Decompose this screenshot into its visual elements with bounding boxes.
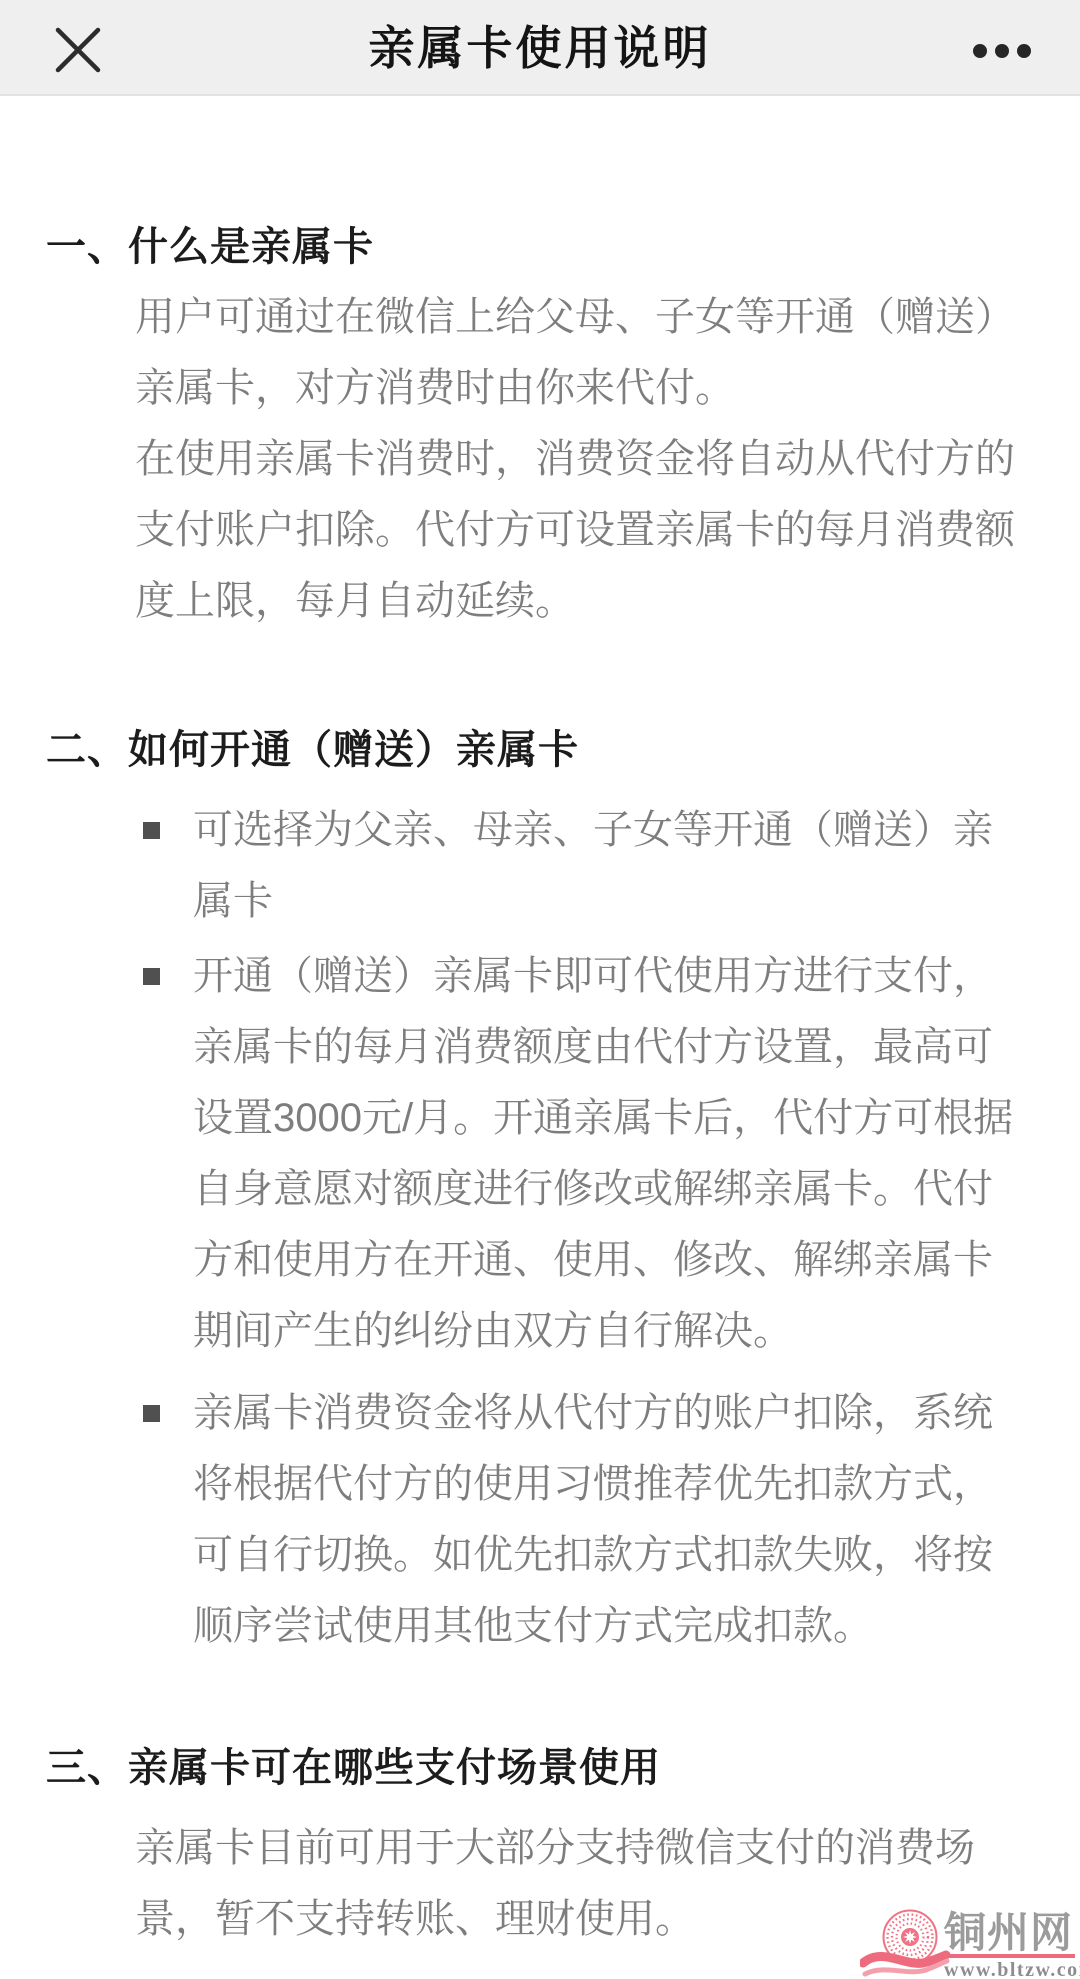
- square-bullet-icon: [143, 822, 160, 839]
- list-item: 开通（赠送）亲属卡即可代使用方进行支付， 亲属卡的每月消费额度由代付方设置，最高…: [46, 941, 1050, 1367]
- square-bullet-icon: [143, 968, 160, 985]
- list-item: 可选择为父亲、母亲、子女等开通（赠送）亲 属卡: [46, 795, 1050, 937]
- section-payment-scenarios: 三、亲属卡可在哪些支付场景使用 亲属卡目前可用于大部分支持微信支付的消费场 景，…: [46, 1743, 1050, 1955]
- page-title: 亲属卡使用说明: [0, 0, 1080, 96]
- document-content: 一、什么是亲属卡 用户可通过在微信上给父母、子女等开通（赠送） 亲属卡，对方消费…: [0, 222, 1080, 1955]
- more-menu-button[interactable]: [962, 24, 1042, 78]
- section-how-to-activate: 二、如何开通（赠送）亲属卡 可选择为父亲、母亲、子女等开通（赠送）亲 属卡 开通…: [46, 725, 1050, 1662]
- ellipsis-icon: [1017, 44, 1031, 58]
- site-url: www.bltzw.com: [944, 1959, 1080, 1979]
- list-item-text: 开通（赠送）亲属卡即可代使用方进行支付， 亲属卡的每月消费额度由代付方设置，最高…: [193, 941, 1050, 1367]
- list-item-text: 亲属卡消费资金将从代付方的账户扣除，系统 将根据代付方的使用习惯推荐优先扣款方式…: [193, 1378, 1050, 1662]
- section-what-is-family-card: 一、什么是亲属卡 用户可通过在微信上给父母、子女等开通（赠送） 亲属卡，对方消费…: [46, 222, 1050, 637]
- square-bullet-icon: [143, 1405, 160, 1422]
- family-card-instructions-page: 亲属卡使用说明 一、什么是亲属卡 用户可通过在微信上给父母、子女等开通（赠送） …: [0, 0, 1080, 1979]
- section-paragraph: 亲属卡目前可用于大部分支持微信支付的消费场 景，暂不支持转账、理财使用。: [135, 1813, 1080, 1955]
- navbar: 亲属卡使用说明: [0, 0, 1080, 96]
- section-heading: 二、如何开通（赠送）亲属卡: [46, 725, 1050, 775]
- section-heading: 三、亲属卡可在哪些支付场景使用: [46, 1743, 1050, 1793]
- list-item: 亲属卡消费资金将从代付方的账户扣除，系统 将根据代付方的使用习惯推荐优先扣款方式…: [46, 1378, 1050, 1662]
- list-item-text: 可选择为父亲、母亲、子女等开通（赠送）亲 属卡: [193, 795, 1050, 937]
- ellipsis-icon: [995, 44, 1009, 58]
- section-paragraph: 用户可通过在微信上给父母、子女等开通（赠送） 亲属卡，对方消费时由你来代付。 在…: [135, 282, 1080, 637]
- bullet-list: 可选择为父亲、母亲、子女等开通（赠送）亲 属卡 开通（赠送）亲属卡即可代使用方进…: [46, 795, 1050, 1662]
- ellipsis-icon: [973, 44, 987, 58]
- section-heading: 一、什么是亲属卡: [46, 222, 1050, 272]
